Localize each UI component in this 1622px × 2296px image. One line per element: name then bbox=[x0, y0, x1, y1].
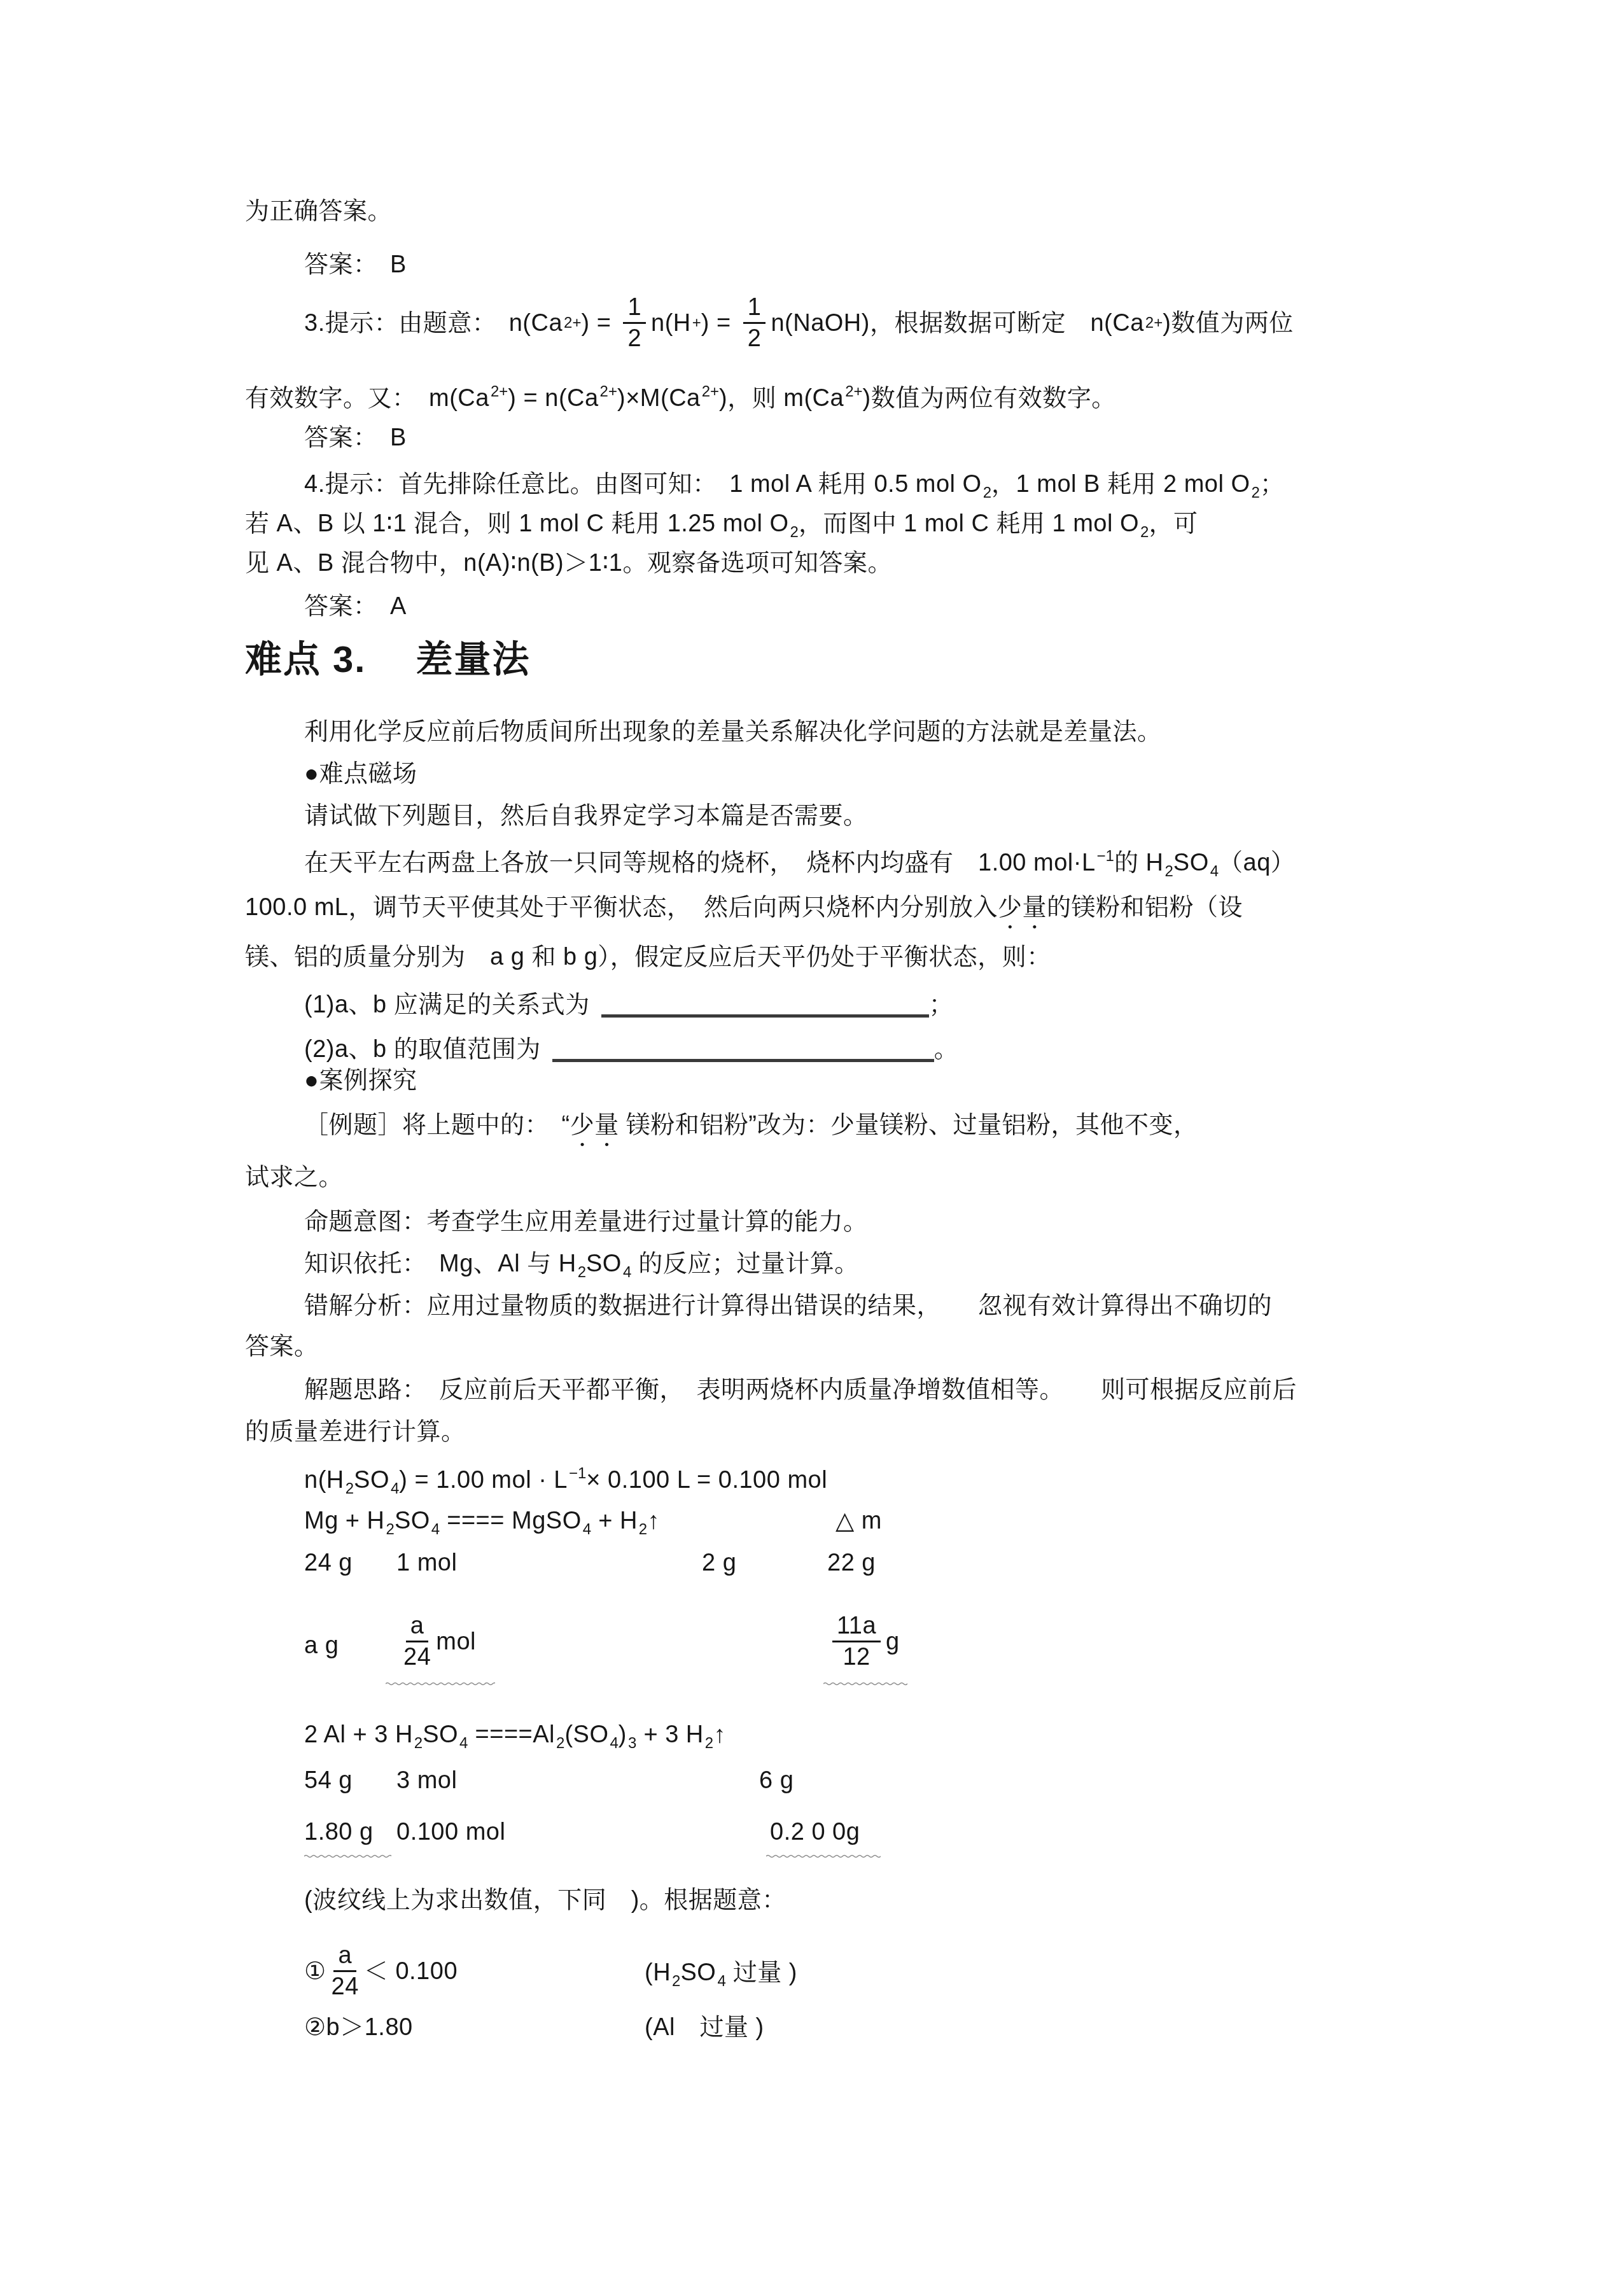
subscript: 4 bbox=[583, 1521, 591, 1538]
emphasized-text: 少量 bbox=[570, 1112, 619, 1138]
error-analysis-line-2: 答案。 bbox=[245, 1331, 319, 1362]
text-run: 错解分析：应用过量物质的数据进行计算得出错误的结果， 忽视有效计算得出不确切的 bbox=[304, 1292, 1272, 1319]
text-run: (波纹线上为求出数值，下同 )。根据题意： bbox=[304, 1887, 787, 1914]
text-run: 解题思路： 反应前后天平都平衡， 表明两烧杯内质量净增数值相等。 则可根据反应前… bbox=[304, 1376, 1297, 1403]
text-run: )，则 bbox=[719, 385, 783, 412]
text-run: n(H bbox=[304, 1467, 344, 1494]
text-run: )数值为两位 bbox=[1163, 308, 1294, 339]
text-run: ) = n(Ca bbox=[508, 385, 598, 412]
text-run: m(Ca bbox=[429, 385, 489, 412]
paragraph-correct-answer: 为正确答案。 bbox=[245, 196, 392, 227]
text-run: n(Ca bbox=[509, 308, 563, 339]
text-run: ＜ 0.100 bbox=[364, 1956, 458, 1987]
text-run: ，可 bbox=[1149, 510, 1198, 537]
hint-3-formula-line: 3.提示：由题意： n(Ca2+) = 12n(H+) = 12n(NaOH)，… bbox=[304, 293, 1294, 354]
text-run: (1)a、b 应满足的关系式为 bbox=[304, 991, 590, 1018]
problem-line-2: 100.0 mL，调节天平使其处于平衡状态， 然后向两只烧杯内分别放入少量的镁粉… bbox=[245, 892, 1243, 934]
answer-line-q4: 答案： A bbox=[304, 591, 407, 622]
error-analysis-line-1: 错解分析：应用过量物质的数据进行计算得出错误的结果， 忽视有效计算得出不确切的 bbox=[304, 1291, 1272, 1321]
answer-label: 答案： bbox=[304, 251, 390, 278]
answer-value: A bbox=[390, 593, 407, 620]
text-run: 在天平左右两盘上各放一只同等规格的烧杯， 烧杯内均盛有 1.00 mol·L bbox=[304, 850, 1096, 876]
fraction-denominator: 2 bbox=[748, 324, 762, 351]
fill-in-blank-2 bbox=[552, 1031, 934, 1062]
al-equation-line: 2 Al + 3 H2SO4 ====Al2(SO4)3 + 3 H2↑ bbox=[304, 1719, 726, 1759]
condition-1-line: ①a24＜ 0.100(H2SO4 过量 ) bbox=[304, 1935, 458, 2008]
stoich-value: 6 g bbox=[759, 1765, 794, 1796]
subscript: 2 bbox=[346, 1480, 354, 1497]
fraction-group-a-over-24: a24mol bbox=[398, 1614, 476, 1670]
fraction: a24 bbox=[332, 1943, 359, 1999]
fraction-numerator: 11a bbox=[832, 1614, 881, 1642]
fraction-denominator: 12 bbox=[842, 1642, 870, 1670]
text-run: × 0.100 L = 0.100 mol bbox=[586, 1467, 827, 1494]
text-run: 为正确答案。 bbox=[245, 198, 392, 225]
text-run: ［例题］将上题中的： “ bbox=[304, 1112, 570, 1138]
text-run: SO bbox=[354, 1467, 389, 1494]
fraction-group-11a-over-12: 11a12g bbox=[827, 1614, 900, 1670]
wavy-line-note: (波纹线上为求出数值，下同 )。根据题意： bbox=[304, 1885, 787, 1915]
text-run: + H bbox=[591, 1508, 638, 1534]
hint-4-line-1: 4.提示：首先排除任意比。由图可知： 1 mol A 耗用 0.5 mol O2… bbox=[304, 469, 1284, 508]
solution-approach-line-2: 的质量差进行计算。 bbox=[245, 1417, 466, 1447]
bullet-text: ●难点磁场 bbox=[304, 760, 417, 787]
question-2-line: (2)a、b 的取值范围为。 bbox=[304, 1031, 958, 1065]
text-run: SO bbox=[1173, 850, 1209, 876]
text-run: 过量 ) bbox=[726, 1959, 797, 1986]
superscript: −1 bbox=[569, 1465, 586, 1482]
wavy-underline bbox=[823, 1681, 907, 1686]
text-run: ，而图中 1 mol C 耗用 1 mol O bbox=[799, 510, 1139, 537]
fraction-denominator: 24 bbox=[403, 1642, 431, 1670]
text-run: 的反应；过量计算。 bbox=[631, 1250, 859, 1277]
subscript: 4 bbox=[391, 1480, 399, 1497]
fraction-one-half: 12 bbox=[623, 295, 646, 351]
fill-in-blank-1 bbox=[601, 986, 929, 1018]
text-run: ) = bbox=[581, 308, 618, 339]
answer-line-q3b: 答案： B bbox=[304, 423, 407, 453]
text-run: 答案。 bbox=[245, 1333, 319, 1360]
heading-text: 难点 3. 差量法 bbox=[245, 639, 531, 680]
intent-line: 命题意图：考查学生应用差量进行过量计算的能力。 bbox=[304, 1207, 868, 1237]
superscript: 2+ bbox=[1145, 308, 1163, 339]
subscript: 4 bbox=[610, 1735, 619, 1752]
text-run: + 3 H bbox=[636, 1721, 703, 1748]
text-run: 。 bbox=[934, 1036, 959, 1063]
text-run: 100.0 mL，调节天平使其处于平衡状态， 然后向两只烧杯内分别放入 bbox=[245, 894, 998, 921]
answer-label: 答案： bbox=[304, 593, 390, 620]
subscript: 2 bbox=[672, 1973, 680, 1990]
text-run: 4.提示：首先排除任意比。由图可知： 1 mol A 耗用 0.5 mol O bbox=[304, 471, 982, 498]
section-heading-difficulty-3: 难点 3. 差量法 bbox=[245, 638, 531, 682]
answer-line-q3: 答案： B bbox=[304, 249, 407, 280]
subscript: 2 bbox=[1140, 524, 1149, 541]
text-run: ) bbox=[619, 1721, 627, 1748]
intro-paragraph: 利用化学反应前后物质间所出现象的差量关系解决化学问题的方法就是差量法。 bbox=[304, 717, 1162, 747]
stoich-value: 0.2 0 0g bbox=[770, 1817, 860, 1847]
fraction-numerator: 1 bbox=[623, 295, 646, 324]
excess-note-al: (Al 过量 ) bbox=[645, 2012, 764, 2043]
knowledge-base-line: 知识依托： Mg、Al 与 H2SO4 的反应；过量计算。 bbox=[304, 1249, 859, 1288]
stoich-value: 24 g bbox=[304, 1548, 353, 1578]
problem-line-3: 镁、铝的质量分别为 a g 和 b g），假定反应后天平仍处于平衡状态，则： bbox=[245, 942, 1051, 972]
bullet-difficulty-field: ●难点磁场 bbox=[304, 759, 417, 789]
fraction-one-half: 12 bbox=[743, 295, 766, 351]
example-problem-continuation: 试求之。 bbox=[245, 1162, 343, 1193]
subscript: 4 bbox=[623, 1264, 631, 1281]
superscript: 2+ bbox=[845, 383, 862, 400]
subscript: 2 bbox=[983, 484, 991, 501]
text-run: n(H bbox=[651, 308, 691, 339]
text-run: 镁、铝的质量分别为 a g 和 b g），假定反应后天平仍处于平衡状态，则： bbox=[245, 944, 1051, 970]
text-run: 请试做下列题目，然后自我界定学习本篇是否需要。 bbox=[304, 802, 868, 829]
subscript: 2 bbox=[1164, 863, 1173, 880]
hint-4-line-2: 若 A、B 以 1∶1 混合，则 1 mol C 耗用 1.25 mol O2，… bbox=[245, 508, 1198, 548]
subscript: 2 bbox=[414, 1735, 423, 1752]
text-run: ==== MgSO bbox=[440, 1508, 582, 1534]
text-run: (H bbox=[645, 1959, 671, 1986]
subscript: 4 bbox=[459, 1735, 468, 1752]
text-run: )×M(Ca bbox=[617, 385, 701, 412]
text-run: 的镁粉和铝粉（设 bbox=[1047, 894, 1243, 921]
self-test-note: 请试做下列题目，然后自我界定学习本篇是否需要。 bbox=[304, 801, 868, 831]
mg-equation-line: Mg + H2SO4 ==== MgSO4 + H2↑△ m bbox=[304, 1506, 660, 1545]
subscript: 2 bbox=[556, 1735, 564, 1752]
stoich-value: a g bbox=[304, 1630, 339, 1661]
fraction-numerator: 1 bbox=[743, 295, 766, 324]
text-run: ，1 mol B 耗用 2 mol O bbox=[991, 471, 1250, 498]
text-run: ====Al bbox=[468, 1721, 555, 1748]
superscript: 2+ bbox=[564, 308, 581, 339]
text-run: 3.提示：由题意： bbox=[304, 308, 509, 339]
text-run: n(Ca bbox=[1090, 308, 1143, 339]
text-run: )数值为两位有效数字。 bbox=[863, 385, 1116, 412]
hint-4-line-3: 见 A、B 混合物中，n(A)∶n(B)＞1∶1。观察备选项可知答案。 bbox=[245, 548, 892, 578]
text-run: ) = bbox=[701, 308, 738, 339]
text-run: (2)a、b 的取值范围为 bbox=[304, 1036, 541, 1063]
solution-approach-line-1: 解题思路： 反应前后天平都平衡， 表明两烧杯内质量净增数值相等。 则可根据反应前… bbox=[304, 1375, 1297, 1405]
text-run: ) = 1.00 mol · L bbox=[399, 1467, 568, 1494]
subscript: 2 bbox=[578, 1264, 586, 1281]
superscript: 2+ bbox=[702, 383, 719, 400]
text-run: 见 A、B 混合物中，n(A)∶n(B)＞1∶1。观察备选项可知答案。 bbox=[245, 550, 892, 577]
delta-m-label: △ m bbox=[835, 1506, 882, 1536]
text-run: Mg + H bbox=[304, 1508, 385, 1534]
up-arrow: ↑ bbox=[647, 1508, 660, 1534]
text-run: 试求之。 bbox=[245, 1164, 343, 1191]
wavy-underline bbox=[386, 1681, 495, 1686]
text-run: 的 H bbox=[1114, 850, 1164, 876]
stoich-value: 0.100 mol bbox=[396, 1817, 505, 1847]
text-run: SO bbox=[680, 1959, 716, 1986]
stoich-value: 54 g bbox=[304, 1765, 353, 1796]
question-1-line: (1)a、b 应满足的关系式为； bbox=[304, 986, 953, 1020]
fraction: a24 bbox=[403, 1614, 431, 1670]
text-run: 镁粉和铝粉”改为：少量镁粉、过量铝粉，其他不变， bbox=[619, 1112, 1198, 1138]
stoich-value: 3 mol bbox=[396, 1765, 457, 1796]
emphasized-text: 少量 bbox=[998, 894, 1047, 921]
text-run: 若 A、B 以 1∶1 混合，则 1 mol C 耗用 1.25 mol O bbox=[245, 510, 789, 537]
stoich-value: 1.80 g bbox=[304, 1817, 374, 1847]
circled-number-1: ① bbox=[304, 1956, 326, 1987]
fraction-denominator: 2 bbox=[627, 324, 641, 351]
superscript: 2+ bbox=[600, 383, 617, 400]
superscript: −1 bbox=[1097, 848, 1114, 865]
stoich-value: 22 g bbox=[827, 1548, 876, 1578]
stoich-value: 1 mol bbox=[396, 1548, 457, 1578]
text-run: 命题意图：考查学生应用差量进行过量计算的能力。 bbox=[304, 1208, 868, 1235]
answer-value: B bbox=[390, 251, 407, 278]
subscript: 2 bbox=[1252, 484, 1260, 501]
text-run: （aq） bbox=[1219, 850, 1295, 876]
superscript: + bbox=[692, 308, 701, 339]
unit-label: g bbox=[886, 1627, 900, 1657]
wavy-underline bbox=[304, 1854, 391, 1859]
text-run: n(NaOH)，根据数据可断定 bbox=[771, 308, 1090, 339]
hint-3-continuation: 有效数字。又： m(Ca2+) = n(Ca2+)×M(Ca2+)，则 m(Ca… bbox=[245, 377, 1116, 414]
text-run: ； bbox=[929, 991, 954, 1018]
subscript: 2 bbox=[790, 524, 799, 541]
fraction-denominator: 24 bbox=[332, 1972, 359, 1999]
excess-note-h2so4: (H2SO4 过量 ) bbox=[645, 1957, 797, 1997]
subscript: 3 bbox=[628, 1735, 636, 1752]
unit-label: mol bbox=[436, 1627, 476, 1657]
subscript: 4 bbox=[431, 1521, 440, 1538]
text-run: ②b＞1.80 bbox=[304, 2014, 413, 2041]
subscript: 4 bbox=[1210, 863, 1219, 880]
text-run: 利用化学反应前后物质间所出现象的差量关系解决化学问题的方法就是差量法。 bbox=[304, 718, 1162, 745]
subscript: 2 bbox=[639, 1521, 647, 1538]
bullet-case-study: ●案例探究 bbox=[304, 1065, 417, 1096]
answer-label: 答案： bbox=[304, 424, 390, 451]
subscript: 4 bbox=[717, 1973, 725, 1990]
wavy-underline bbox=[766, 1854, 881, 1859]
mole-calculation-line: n(H2SO4) = 1.00 mol · L−1× 0.100 L = 0.1… bbox=[304, 1459, 827, 1504]
text-run: 的质量差进行计算。 bbox=[245, 1418, 466, 1445]
fraction-numerator: a bbox=[333, 1943, 356, 1972]
example-problem-line: ［例题］将上题中的： “少量 镁粉和铝粉”改为：少量镁粉、过量铝粉，其他不变， bbox=[304, 1110, 1198, 1152]
stoich-value: 2 g bbox=[702, 1548, 736, 1578]
document-page: 为正确答案。 答案： B 3.提示：由题意： n(Ca2+) = 12n(H+)… bbox=[0, 0, 1622, 2296]
fraction-numerator: a bbox=[406, 1614, 429, 1642]
text-run: 有效数字。又： bbox=[245, 385, 429, 412]
fraction: 11a12 bbox=[832, 1614, 881, 1670]
text-run: SO bbox=[423, 1721, 458, 1748]
text-run: ； bbox=[1260, 471, 1285, 498]
text-run: (SO bbox=[564, 1721, 608, 1748]
answer-value: B bbox=[390, 424, 407, 451]
condition-2-line: ②b＞1.80(Al 过量 ) bbox=[304, 2012, 413, 2043]
subscript: 2 bbox=[386, 1521, 395, 1538]
bullet-text: ●案例探究 bbox=[304, 1067, 417, 1094]
text-run: SO bbox=[395, 1508, 430, 1534]
subscript: 2 bbox=[705, 1735, 713, 1752]
text-run: m(Ca bbox=[783, 385, 844, 412]
problem-line-1: 在天平左右两盘上各放一只同等规格的烧杯， 烧杯内均盛有 1.00 mol·L−1… bbox=[304, 841, 1295, 887]
text-run: 知识依托： Mg、Al 与 H bbox=[304, 1250, 577, 1277]
up-arrow: ↑ bbox=[713, 1721, 726, 1748]
text-run: 2 Al + 3 H bbox=[304, 1721, 413, 1748]
superscript: 2+ bbox=[491, 383, 508, 400]
text-run: SO bbox=[586, 1250, 622, 1277]
